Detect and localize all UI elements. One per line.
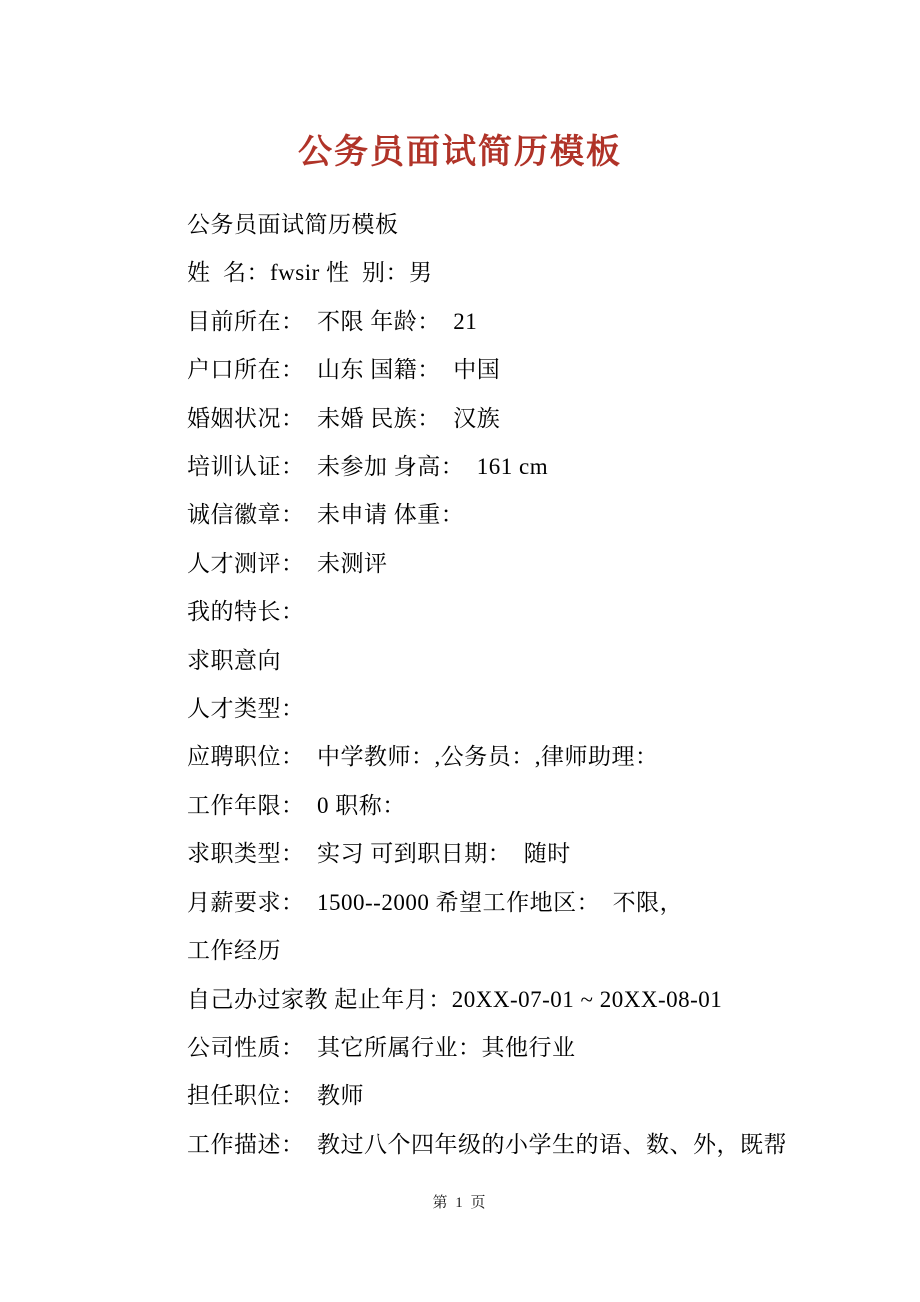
body-line-19: 担任职位： 教师 — [187, 1072, 825, 1120]
body-line-4: 户口所在： 山东 国籍： 中国 — [187, 346, 825, 394]
body-line-9: 我的特长： — [187, 588, 825, 636]
body-line-2: 姓 名：fwsir 性 别：男 — [187, 249, 825, 297]
body-line-6: 培训认证： 未参加 身高： 161 cm — [187, 443, 825, 491]
body-line-12: 应聘职位： 中学教师：,公务员：,律师助理： — [187, 733, 825, 781]
body-line-8: 人才测评： 未测评 — [187, 540, 825, 588]
body-line-5: 婚姻状况： 未婚 民族： 汉族 — [187, 395, 825, 443]
body-line-14: 求职类型： 实习 可到职日期： 随时 — [187, 830, 825, 878]
body-line-15: 月薪要求： 1500--2000 希望工作地区： 不限， — [187, 879, 825, 927]
body-line-3: 目前所在： 不限 年龄： 21 — [187, 298, 825, 346]
body-line-7: 诚信徽章： 未申请 体重： — [187, 491, 825, 539]
body-line-13: 工作年限： 0 职称： — [187, 782, 825, 830]
body-line-18: 公司性质： 其它所属行业：其他行业 — [187, 1024, 825, 1072]
document-page: 公务员面试简历模板 公务员面试简历模板 姓 名：fwsir 性 别：男 目前所在… — [0, 0, 920, 1302]
body-line-10: 求职意向 — [187, 637, 825, 685]
body-line-17: 自己办过家教 起止年月：20XX-07-01 ~ 20XX-08-01 — [187, 976, 825, 1024]
body-line-1: 公务员面试简历模板 — [187, 201, 825, 249]
document-title: 公务员面试简历模板 — [0, 129, 920, 175]
body-line-20: 工作描述： 教过八个四年级的小学生的语、数、外，既帮 — [187, 1121, 825, 1169]
body-line-16: 工作经历 — [187, 927, 825, 975]
document-body: 公务员面试简历模板 姓 名：fwsir 性 别：男 目前所在： 不限 年龄： 2… — [187, 201, 825, 1169]
page-footer: 第 1 页 — [0, 1192, 920, 1214]
body-line-11: 人才类型： — [187, 685, 825, 733]
